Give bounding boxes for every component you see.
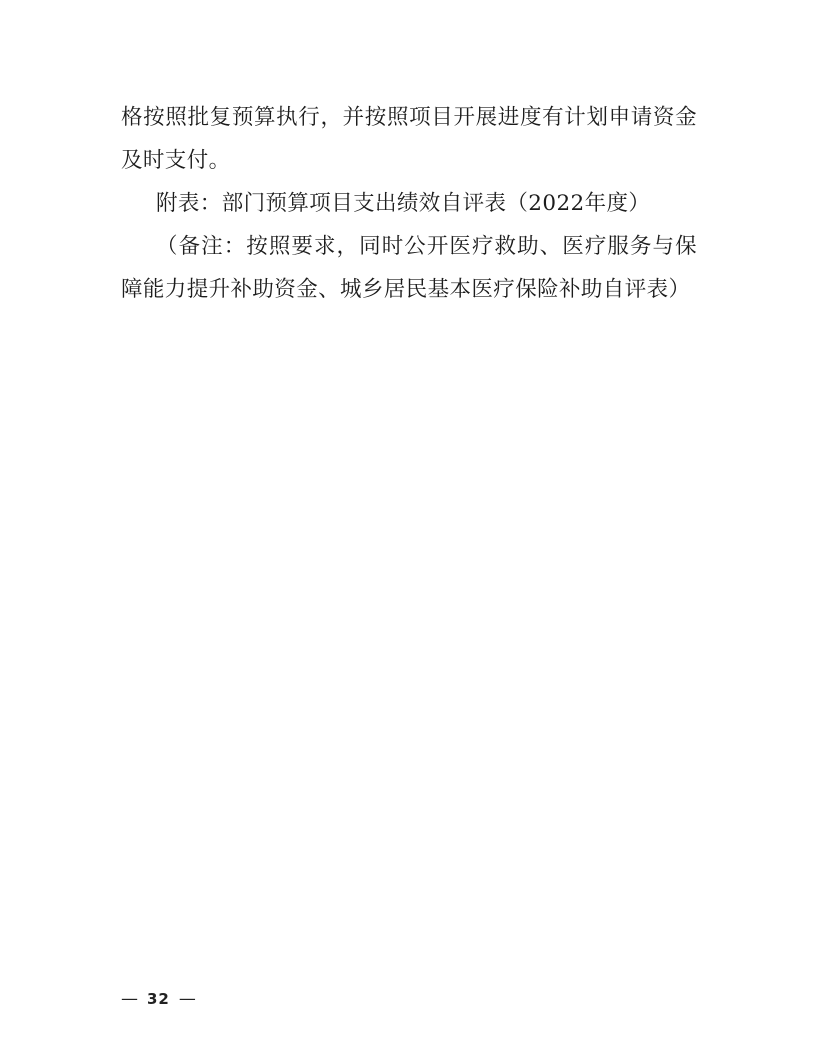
remark-paragraph: （备注：按照要求，同时公开医疗救助、医疗服务与保障能力提升补助资金、城乡居民基本… bbox=[121, 225, 697, 311]
body-paragraph-continuation: 格按照批复预算执行，并按照项目开展进度有计划申请资金及时支付。 bbox=[121, 96, 697, 182]
page-footer: — 32 — bbox=[121, 991, 196, 1008]
footer-left-dash: — bbox=[121, 991, 138, 1008]
attachment-reference-line: 附表：部门预算项目支出绩效自评表（2022年度） bbox=[121, 182, 697, 225]
footer-right-dash: — bbox=[179, 991, 196, 1008]
page-number: 32 bbox=[147, 992, 170, 1007]
document-body: 格按照批复预算执行，并按照项目开展进度有计划申请资金及时支付。 附表：部门预算项… bbox=[121, 96, 697, 311]
document-page: 格按照批复预算执行，并按照项目开展进度有计划申请资金及时支付。 附表：部门预算项… bbox=[0, 0, 815, 1055]
